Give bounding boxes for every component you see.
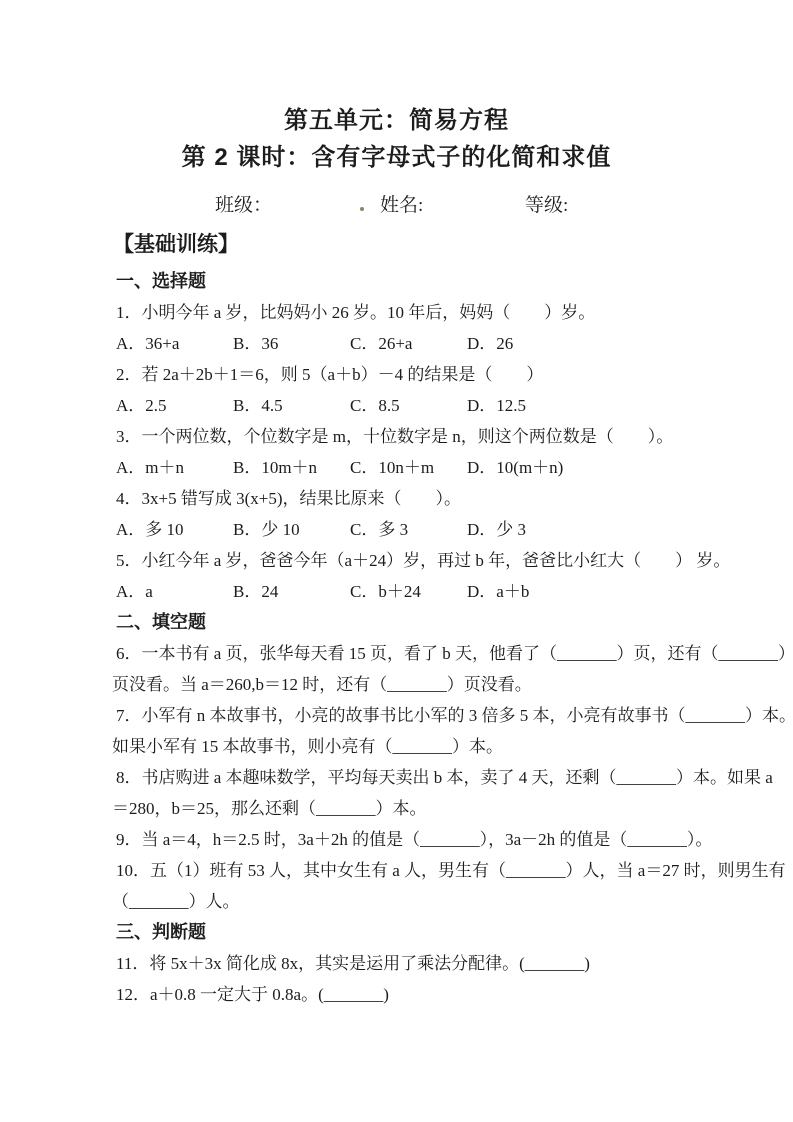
question-10-line-2: （_______）人。 xyxy=(112,886,793,917)
question-5-option-a: A．a xyxy=(116,576,233,607)
question-7-line-1: 7．小军有 n 本故事书，小亮的故事书比小军的 3 倍多 5 本，小亮有故事书（… xyxy=(116,700,793,731)
question-10-line-1: 10．五（1）班有 53 人，其中女生有 a 人，男生有（_______）人，当… xyxy=(116,855,793,886)
question-4-option-b: B．少 10 xyxy=(233,514,350,545)
grade-label: 等级: xyxy=(525,190,568,221)
question-1-option-a: A．36+a xyxy=(116,328,233,359)
student-info-row: 班级： 姓名: 等级: xyxy=(0,190,793,221)
question-2-option-d: D．12.5 xyxy=(467,390,793,421)
question-2-option-a: A．2.5 xyxy=(116,390,233,421)
question-12-line: 12．a＋0.8 一定大于 0.8a。(_______) xyxy=(116,979,793,1010)
question-5-options: A．a B．24 C．b＋24 D．a＋b xyxy=(116,576,793,607)
question-1-option-b: B．36 xyxy=(233,328,350,359)
question-1-option-d: D．26 xyxy=(467,328,793,359)
judge-section-heading: 三、判断题 xyxy=(116,917,793,948)
fill-section-heading: 二、填空题 xyxy=(116,607,793,638)
question-4-option-d: D．少 3 xyxy=(467,514,793,545)
question-2-option-c: C．8.5 xyxy=(350,390,467,421)
name-label: 姓名: xyxy=(380,190,423,221)
question-5-stem: 5．小红今年 a 岁，爸爸今年（a＋24）岁，再过 b 年，爸爸比小红大（ ） … xyxy=(116,545,793,576)
choice-section-heading: 一、选择题 xyxy=(116,266,793,297)
question-11-line: 11．将 5x＋3x 简化成 8x，其实是运用了乘法分配律。(_______) xyxy=(116,948,793,979)
unit-title: 第五单元：简易方程 xyxy=(0,0,793,138)
question-6-line-1: 6．一本书有 a 页，张华每天看 15 页，看了 b 天，他看了（_______… xyxy=(116,638,793,669)
stray-dot xyxy=(360,207,364,211)
question-4-option-c: C．多 3 xyxy=(350,514,467,545)
question-8-line-1: 8．书店购进 a 本趣味数学，平均每天卖出 b 本，卖了 4 天，还剩（____… xyxy=(116,762,793,793)
question-2-options: A．2.5 B．4.5 C．8.5 D．12.5 xyxy=(116,390,793,421)
question-4-stem: 4．3x+5 错写成 3(x+5)，结果比原来（ ）。 xyxy=(116,483,793,514)
question-3-option-c: C．10n＋m xyxy=(350,452,467,483)
question-8-line-2: ＝280，b＝25，那么还剩（_______）本。 xyxy=(112,793,793,824)
question-4-option-a: A．多 10 xyxy=(116,514,233,545)
question-3-option-b: B．10m＋n xyxy=(233,452,350,483)
question-9-line: 9．当 a＝4，h＝2.5 时，3a＋2h 的值是（_______），3a－2h… xyxy=(116,824,793,855)
question-3-option-d: D．10(m＋n) xyxy=(467,452,793,483)
worksheet-page: 第五单元：简易方程 第 2 课时：含有字母式子的化简和求值 班级： 姓名: 等级… xyxy=(0,0,793,1122)
question-3-option-a: A．m＋n xyxy=(116,452,233,483)
question-5-option-d: D．a＋b xyxy=(467,576,793,607)
basic-training-heading: 【基础训练】 xyxy=(113,229,793,260)
question-3-options: A．m＋n B．10m＋n C．10n＋m D．10(m＋n) xyxy=(116,452,793,483)
worksheet-body: 一、选择题 1．小明今年 a 岁，比妈妈小 26 岁。10 年后，妈妈（ ）岁。… xyxy=(0,266,793,1010)
question-5-option-b: B．24 xyxy=(233,576,350,607)
question-5-option-c: C．b＋24 xyxy=(350,576,467,607)
class-label: 班级： xyxy=(215,190,272,221)
question-6-line-2: 页没看。当 a＝260,b＝12 时，还有（_______）页没看。 xyxy=(112,669,793,700)
question-1-stem: 1．小明今年 a 岁，比妈妈小 26 岁。10 年后，妈妈（ ）岁。 xyxy=(116,297,793,328)
question-1-option-c: C．26+a xyxy=(350,328,467,359)
question-4-options: A．多 10 B．少 10 C．多 3 D．少 3 xyxy=(116,514,793,545)
question-7-line-2: 如果小军有 15 本故事书，则小亮有（_______）本。 xyxy=(112,731,793,762)
lesson-title: 第 2 课时：含有字母式子的化简和求值 xyxy=(0,141,793,175)
question-2-option-b: B．4.5 xyxy=(233,390,350,421)
question-2-stem: 2．若 2a＋2b＋1＝6，则 5（a＋b）－4 的结果是（ ） xyxy=(116,359,793,390)
question-1-options: A．36+a B．36 C．26+a D．26 xyxy=(116,328,793,359)
question-3-stem: 3．一个两位数，个位数字是 m，十位数字是 n，则这个两位数是（ ）。 xyxy=(116,421,793,452)
